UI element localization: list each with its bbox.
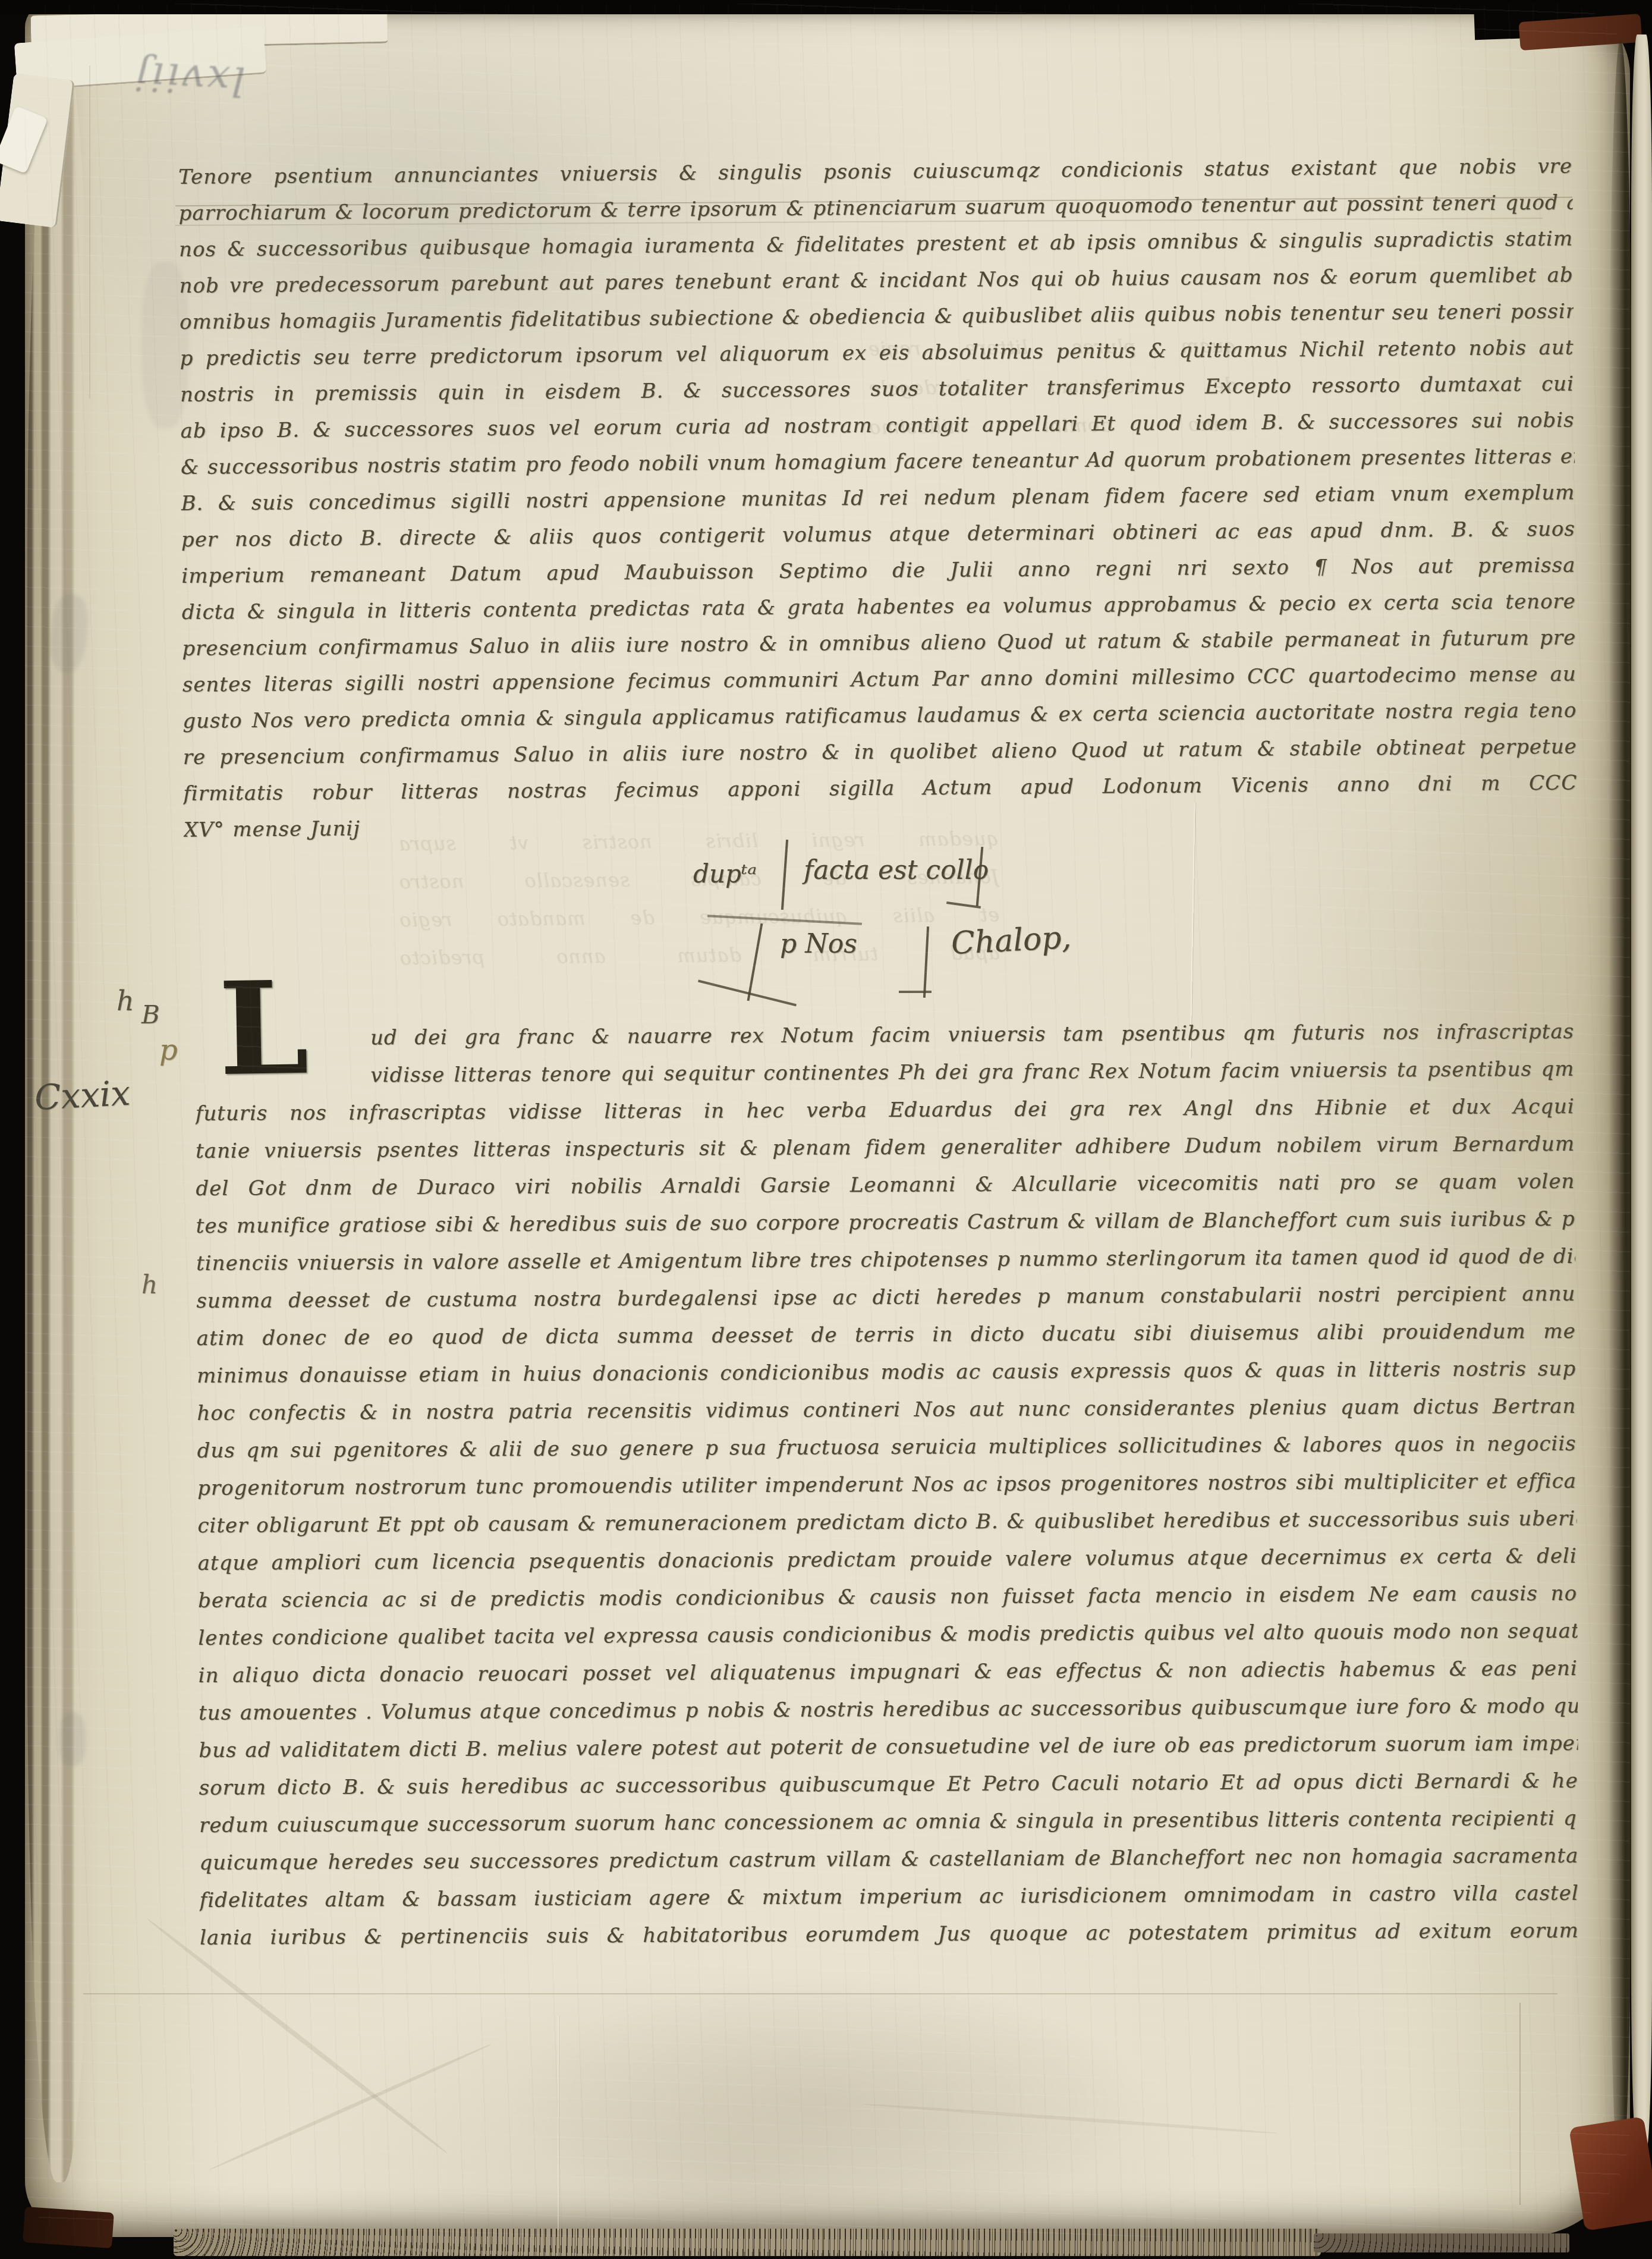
margin-note-b: B xyxy=(141,1000,160,1029)
bleed-through-line: apud turrim datum anno predicto xyxy=(399,934,1000,977)
collation-statement: facta est collo xyxy=(804,855,989,885)
text-block-1: Tenore psentium annunciantes vniuersis &… xyxy=(178,149,1578,849)
margin-ruling-line xyxy=(1519,2003,1521,2205)
collation-abbreviation: dupᵗᵃ xyxy=(693,859,757,888)
page-groove xyxy=(1609,39,1632,2192)
margin-note-h: h xyxy=(141,1270,158,1299)
manuscript-line: lania iuribus & pertinenciis suis & habi… xyxy=(200,1912,1579,1957)
next-page-edge xyxy=(1631,34,1652,2151)
scribe-signature: Chalop, xyxy=(951,920,1072,962)
manuscript-scan: lxviij quam plures littere regiede custu… xyxy=(0,0,1652,2259)
ruling-line xyxy=(83,1993,1557,1994)
collation-bracket-close xyxy=(899,991,932,993)
ink-smudge xyxy=(59,1713,86,1766)
collation-by-note: p Nos xyxy=(780,929,857,959)
margin-note-h: h xyxy=(117,985,134,1017)
bleed-through-line: et aliis quibuscumque de mandato regio xyxy=(399,896,1000,939)
margin-note-p: p xyxy=(159,1033,178,1067)
parchment-crease xyxy=(558,2016,559,2230)
leather-cover-edge xyxy=(23,2207,114,2248)
bottom-speckled-edge xyxy=(174,2229,1321,2256)
flyleaf-folio-number: lxviij xyxy=(133,52,246,105)
text-block-2: ud dei gra franc & nauarre rex Notum fac… xyxy=(195,1013,1579,1957)
margin-item-number: Cxxix xyxy=(33,1073,131,1118)
margin-ruling-line xyxy=(89,65,90,398)
top-shadow-band xyxy=(0,0,1652,14)
bottom-speckled-edge xyxy=(1314,2233,1569,2252)
